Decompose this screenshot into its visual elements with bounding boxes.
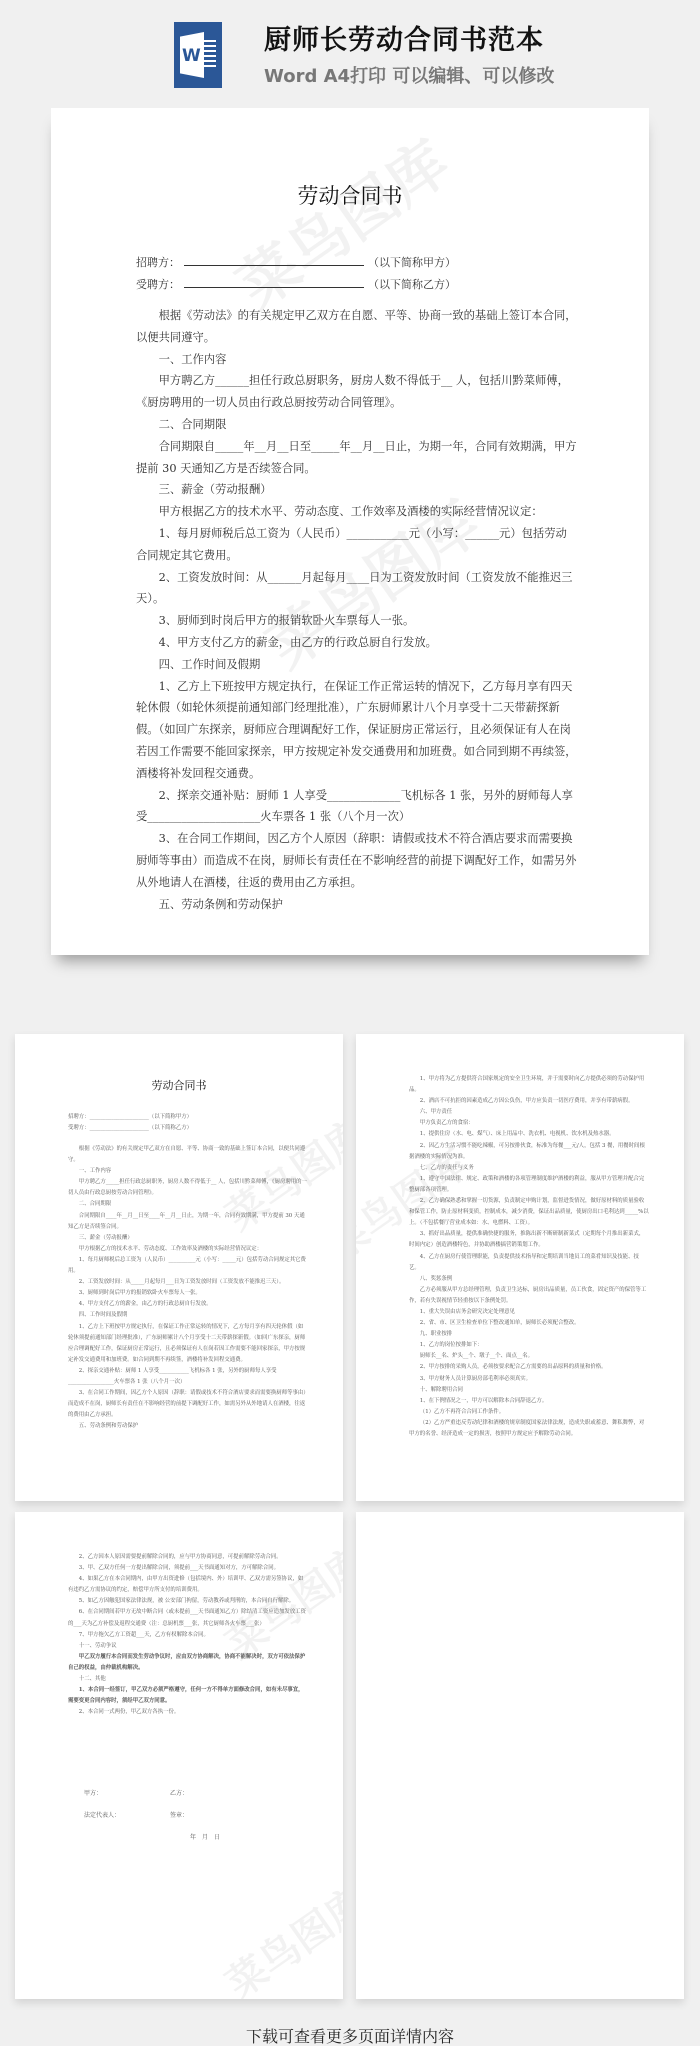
paragraph: 1、乙方上下班按甲方规定执行，在保证工作正常运转的情况下，乙方每月享有四天轮休假… — [136, 676, 578, 785]
thumbnail-body: 2、乙方因本人原因需要提前解除合同的，应与甲方协商同意，可提前解除劳动合同。 3… — [68, 1552, 308, 1718]
paragraph: 根据《劳动法》的有关规定甲乙双方在自愿、平等、协商一致的基础上签订本合同，以便共… — [136, 305, 578, 349]
signature-party-a: 甲方： — [84, 1788, 102, 1797]
section-heading: 三、薪金（劳动报酬） — [136, 479, 578, 501]
employee-line: 受聘方：（以下简称乙方） — [136, 276, 456, 292]
paragraph: 1、每月厨师税后总工资为（人民币）___________元（小写：______元… — [136, 523, 578, 567]
page-subtitle: Word A4打印 可以编辑、可以修改 — [264, 62, 554, 88]
word-document-icon: W — [174, 22, 222, 88]
header: W 厨师长劳动合同书范本 Word A4打印 可以编辑、可以修改 — [0, 0, 700, 108]
document-preview-main: 菜鸟图库 菜鸟图库 劳动合同书 招聘方：（以下简称甲方） 受聘方：（以下简称乙方… — [51, 108, 649, 955]
section-heading: 二、合同期限 — [136, 414, 578, 436]
signature-party-b: 乙方： — [170, 1788, 188, 1797]
thumbnail-title: 劳动合同书 — [15, 1077, 343, 1093]
employer-line: 招聘方：（以下简称甲方） — [136, 254, 456, 270]
thumbnail-page-3: 菜鸟图库 菜鸟图库 2、乙方因本人原因需要提前解除合同的，应与甲方协商同意，可提… — [15, 1512, 343, 1999]
signature-seal: 签章： — [170, 1810, 188, 1819]
paragraph: 2、探亲交通补贴：厨师 1 人享受_____________飞机标各 1 张，另… — [136, 785, 578, 829]
paragraph: 3、在合同工作期间，因乙方个人原因（辞职：请假或技术不符合酒店要求而需要换厨师等… — [136, 828, 578, 893]
signature-date: 年 月 日 — [190, 1832, 220, 1841]
signature-legal-rep: 法定代表人： — [84, 1810, 120, 1819]
section-heading: 四、工作时间及假期 — [136, 654, 578, 676]
section-heading: 一、工作内容 — [136, 349, 578, 371]
thumbnail-party-lines: 招聘方：______________________（以下简称甲方） 受聘方：_… — [68, 1112, 308, 1134]
watermark: 菜鸟图库 — [218, 117, 464, 325]
paragraph: 合同期限自_____年__月__日至_____年__月__日止，为期一年，合同有… — [136, 436, 578, 480]
thumbnail-body: 1、甲方将为乙方提供符合国家规定的安全卫生环境，并于需要时向乙方提供必须的劳动保… — [409, 1074, 649, 1440]
document-title: 劳动合同书 — [51, 180, 649, 210]
page-title: 厨师长劳动合同书范本 — [264, 18, 544, 57]
paragraph: 4、甲方支付乙方的薪金，由乙方的行政总厨自行发放。 — [136, 632, 578, 654]
thumbnail-page-2: 菜鸟图库 1、甲方将为乙方提供符合国家规定的安全卫生环境，并于需要时向乙方提供必… — [356, 1034, 684, 1501]
contract-body: 根据《劳动法》的有关规定甲乙双方在自愿、平等、协商一致的基础上签订本合同，以便共… — [136, 305, 578, 915]
paragraph: 3、厨师到时岗后甲方的报销软卧火车票每人一张。 — [136, 610, 578, 632]
paragraph: 2、工资发放时间：从______月起每月____日为工资发放时间（工资发放不能推… — [136, 567, 578, 611]
paragraph: 甲方根据乙方的技术水平、劳动态度、工作效率及酒楼的实际经营情况议定： — [136, 501, 578, 523]
thumbnail-body: 根据《劳动法》的有关规定甲乙双方在自愿、平等、协商一致的基础上签订本合同，以便共… — [68, 1144, 308, 1432]
section-heading: 五、劳动条例和劳动保护 — [136, 894, 578, 916]
download-more-hint: 下载可查看更多页面详情内容 — [0, 2024, 700, 2046]
thumbnail-page-4 — [356, 1512, 684, 1999]
watermark: 菜鸟图库 — [213, 1871, 343, 1999]
thumbnail-page-1: 菜鸟图库 劳动合同书 招聘方：______________________（以下… — [15, 1034, 343, 1501]
paragraph: 甲方聘乙方______担任行政总厨职务，厨房人数不得低于__ 人，包括川黔菜师傅… — [136, 370, 578, 414]
